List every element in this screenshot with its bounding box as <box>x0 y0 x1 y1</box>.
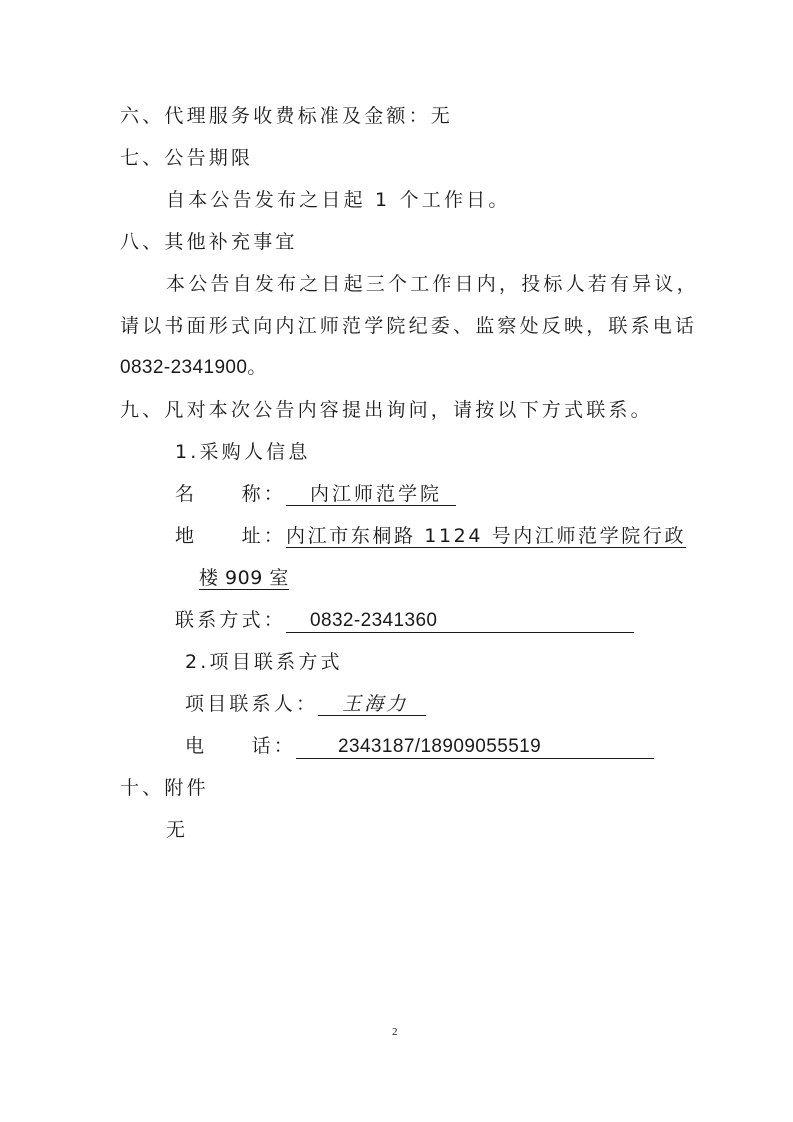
purchaser-address-value-line2: 楼 909 室 <box>199 567 289 590</box>
purchaser-name-row: 名 称：内江师范学院 <box>175 482 456 506</box>
project-phone-value: 2343187/18909055519 <box>296 736 654 759</box>
section-eight-body-line1: 本公告自发布之日起三个工作日内，投标人若有异议， <box>166 272 699 296</box>
project-phone-row: 电 话：2343187/18909055519 <box>185 734 654 759</box>
section-seven-heading: 七、公告期限 <box>120 146 253 170</box>
section-ten-heading: 十、附件 <box>120 776 209 800</box>
section-ten-body: 无 <box>166 818 188 842</box>
purchaser-address-cont-row: 楼 909 室 <box>199 566 289 590</box>
section-seven-body: 自本公告发布之日起 1 个工作日。 <box>166 188 511 212</box>
purchaser-name-value: 内江师范学院 <box>286 483 456 506</box>
project-person-value: 王海力 <box>318 693 426 716</box>
section-six-heading: 六、代理服务收费标准及金额：无 <box>120 104 453 128</box>
purchaser-contact-row: 联系方式：0832-2341360 <box>175 608 634 633</box>
section-eight-body-line2: 请以书面形式向内江师范学院纪委、监察处反映，联系电话 <box>120 314 697 338</box>
section-eight-heading: 八、其他补充事宜 <box>120 230 298 254</box>
purchaser-address-value-line1: 内江市东桐路 1124 号内江师范学院行政 <box>286 525 686 548</box>
purchaser-address-label: 地 址： <box>175 525 286 547</box>
purchaser-info-title: 1.采购人信息 <box>175 440 311 464</box>
purchaser-name-label: 名 称： <box>175 483 286 505</box>
project-contact-title: 2.项目联系方式 <box>185 650 343 674</box>
page-number: 2 <box>392 1026 398 1038</box>
purchaser-contact-value: 0832-2341360 <box>286 610 634 633</box>
purchaser-address-row: 地 址：内江市东桐路 1124 号内江师范学院行政 <box>175 524 686 548</box>
section-eight-body-line3: 0832-2341900。 <box>120 356 267 380</box>
purchaser-contact-label: 联系方式： <box>175 609 286 631</box>
section-nine-heading: 九、凡对本次公告内容提出询问，请按以下方式联系。 <box>120 398 653 422</box>
project-phone-label: 电 话： <box>185 735 296 757</box>
project-person-row: 项目联系人：王海力 <box>185 692 426 716</box>
project-person-label: 项目联系人： <box>185 693 318 715</box>
